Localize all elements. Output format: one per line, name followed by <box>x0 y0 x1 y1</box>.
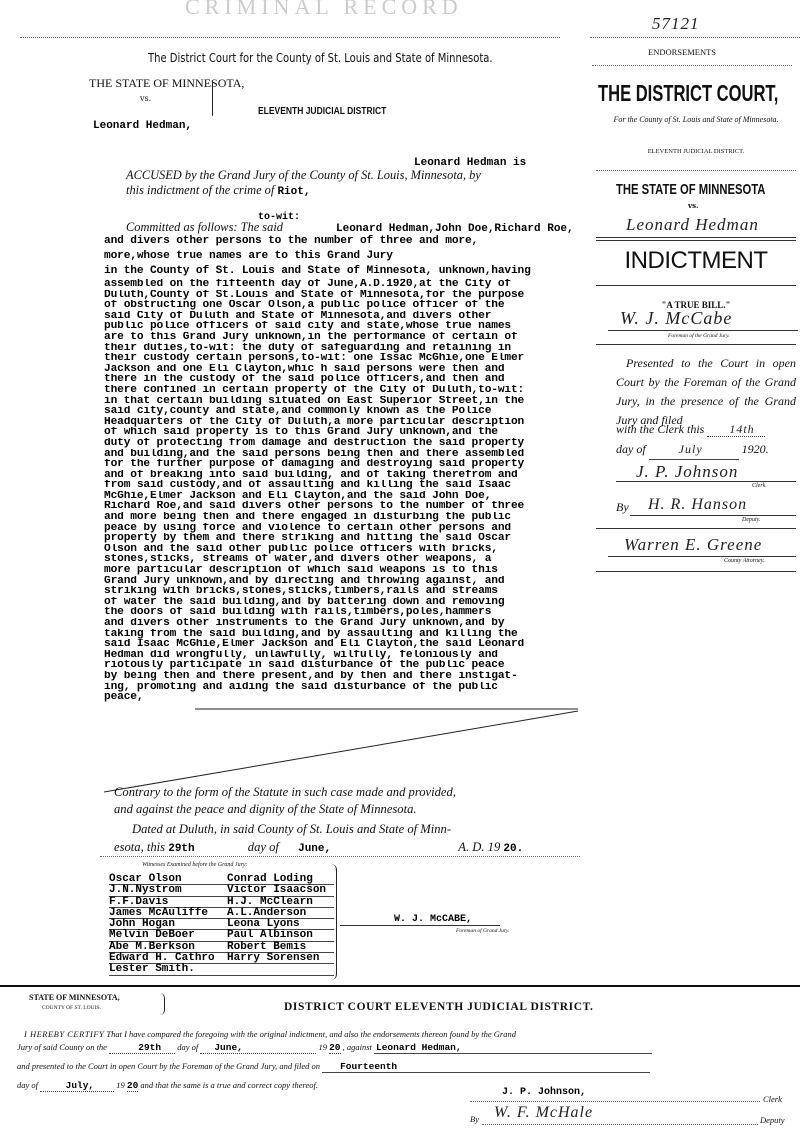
attorney-signature: Warren E. Greene <box>624 535 762 555</box>
district-court-title: THE DISTRICT COURT, <box>598 80 778 107</box>
endorse-state: THE STATE OF MINNESOTA <box>616 181 765 198</box>
cert-filed-day: Fourteenth <box>322 1061 650 1073</box>
faded-title: CRIMINAL RECORD <box>185 0 463 20</box>
body-line: public police officers of said city and … <box>104 321 584 332</box>
filed-year: 1920. <box>742 442 769 456</box>
day-of: day of <box>248 840 279 854</box>
cert-line-4: day of July, 19 20 and that the same is … <box>17 1080 318 1092</box>
body-line: and divers other instruments to the Gran… <box>104 618 584 629</box>
caption-bracket <box>212 80 213 116</box>
body-line: stones,sticks, streams of water,and dive… <box>104 554 584 565</box>
cert-title: DISTRICT COURT ELEVENTH JUDICIAL DISTRIC… <box>284 1001 594 1013</box>
witness-label: Witnesses Examined before the Grand Jury… <box>142 862 248 868</box>
witness-name: J.N.Nystrom <box>109 885 227 895</box>
endorse-defendant-signature: Leonard Hedman <box>626 215 759 235</box>
dated-day: 29th <box>168 843 194 855</box>
accused-text: by the Grand Jury of the County of St. L… <box>185 168 481 182</box>
witness-name: Edward H. Cathro <box>109 953 227 963</box>
cert-presented: and presented to the Court in open Court… <box>17 1061 320 1071</box>
crime-name: Riot, <box>277 186 310 198</box>
endorse-rule-3 <box>596 237 796 238</box>
foreman-signature: W. J. McCabe <box>620 308 732 329</box>
against-line: and against the peace and dignity of the… <box>114 802 417 817</box>
header-rule <box>20 37 560 38</box>
witness-name: Conrad Loding <box>227 874 313 884</box>
body-line: and of breaking into said building, and … <box>104 470 584 481</box>
witness-name: Robert Bemis <box>227 942 306 952</box>
endorse-rule-4 <box>596 285 796 286</box>
witness-name: Oscar Olson <box>109 874 227 884</box>
witness-name: James McAuliffe <box>109 908 227 918</box>
body-line: their duties,to-wit: the duty of safegua… <box>104 343 584 354</box>
witness-name: H.J. McClearn <box>227 897 313 907</box>
body-line: and building,and the said persons being … <box>104 449 584 460</box>
body-line: in the County of St. Louis and State of … <box>104 264 584 279</box>
deputy-rule <box>630 515 796 516</box>
filed-month-line: day of July 1920. <box>616 440 769 460</box>
body-line: property by them and there striking and … <box>104 533 584 544</box>
foreman-rule <box>340 925 500 926</box>
cert-deputy-signature: W. F. McHale <box>494 1104 593 1122</box>
accused-prefix: ACCUSED <box>126 168 182 182</box>
file-number-rule <box>590 37 800 38</box>
dated-year: 20. <box>503 843 523 855</box>
cert-true-copy: and that the same is a true and correct … <box>140 1080 318 1090</box>
endorse-rule-5 <box>608 330 798 331</box>
cert-filed-year-prefix: 19 <box>116 1080 125 1090</box>
district-label: ELEVENTH JUDICIAL DISTRICT <box>258 106 386 117</box>
body-line: striking with bricks,stones,sticks,timbe… <box>104 586 584 597</box>
body-line: and more being then and there engaged in… <box>104 512 584 523</box>
body-line: by being then and there present,and by t… <box>104 671 584 682</box>
vs-label: vs. <box>140 94 151 103</box>
body-line: assembled on the fifteenth day of June,A… <box>104 279 584 290</box>
attorney-top-rule <box>596 528 796 529</box>
witness-name: Abe M.Berkson <box>109 942 227 952</box>
body-line: of water the said building,and by batter… <box>104 597 584 608</box>
dated-rule <box>100 856 580 857</box>
clerk-signature: J. P. Johnson <box>636 462 738 482</box>
attorney-rule <box>608 556 796 557</box>
ad-label: A. D. 19 <box>458 840 500 854</box>
strike-line <box>100 705 580 795</box>
dated-line-2: esota, this 29th day of June, A. D. 19 2… <box>114 840 523 855</box>
presented-text: Presented to the Court in open Court by … <box>616 354 796 430</box>
by-label: By <box>616 498 629 517</box>
endorse-rule-1 <box>592 65 792 66</box>
endorse-district: ELEVENTH JUDICIAL DISTRICT. <box>596 148 796 155</box>
endorse-rule-2 <box>596 170 796 171</box>
endorse-county: For the County of St. Louis and State of… <box>596 114 796 125</box>
body-line: of which said property is to this Grand … <box>104 427 584 438</box>
body-line: McGhie,Elmer Jackson and Eli Clayton,and… <box>104 491 584 502</box>
cert-clerk-name: J. P. Johnson, <box>502 1087 586 1098</box>
dated-month: June, <box>298 843 331 855</box>
body-line: are to this Grand Jury unknown,in the pe… <box>104 332 584 343</box>
body-line: the doors of said building with rails,ti… <box>104 607 584 618</box>
witness-name: Lester Smith. <box>109 964 227 974</box>
clerk-endorse-label: Clerk. <box>752 483 767 489</box>
crime-line: this indictment of the crime of Riot, <box>126 183 310 198</box>
body-line: more particular description of which sai… <box>104 565 584 576</box>
body-line: peace by using force and violence to cer… <box>104 523 584 534</box>
cert-state: STATE OF MINNESOTA, <box>29 993 120 1002</box>
body-line: duty of protecting from damage and destr… <box>104 438 584 449</box>
section-divider <box>0 985 800 987</box>
body-line: from said custody,and of assaulting and … <box>104 480 584 491</box>
contrary-line: Contrary to the form of the Statute in s… <box>114 785 456 800</box>
endorse-rule-6 <box>596 344 796 345</box>
body-line: of obstructing one Oscar Olson,a public … <box>104 300 584 311</box>
cert-by: By <box>470 1114 479 1124</box>
cert-line-1: I HEREBY CERTIFY That I have compared th… <box>24 1029 516 1039</box>
witness-row: J.N.NystromVictor Isaacson <box>109 885 334 896</box>
witness-name: A.L.Anderson <box>227 908 306 918</box>
cert-line-2: Jury of said County on the 29th day of J… <box>17 1042 652 1054</box>
foreman-label: Foreman of Grand Jury. <box>456 928 510 934</box>
cert-county: COUNTY OF ST. LOUIS. <box>42 1005 101 1011</box>
foreman-endorse-label: Foreman of the Grand Jury. <box>668 333 730 339</box>
cert-lead: I HEREBY CERTIFY <box>24 1029 104 1039</box>
deputy-signature: H. R. Hanson <box>648 496 747 514</box>
dated-suffix: esota, this <box>114 840 165 854</box>
cert-year-prefix: 19 <box>318 1042 327 1052</box>
cert-defendant: Leonard Hedman, <box>374 1042 652 1054</box>
dated-line: Dated at Duluth, in said County of St. L… <box>132 822 451 837</box>
endorsements-label: ENDORSEMENTS <box>648 47 716 57</box>
body-line: and divers other persons to the number o… <box>104 234 584 249</box>
cert-clerk-rule <box>470 1101 760 1102</box>
clerk-rule <box>616 481 796 482</box>
cert-bracket <box>160 993 165 1015</box>
body-line: Hedman did wrongfully, unlawfully, wilfu… <box>104 650 584 661</box>
cert-clerk-label: Clerk <box>763 1094 782 1104</box>
witness-row: Lester Smith. <box>109 964 334 975</box>
body-line: Jackson and one Eli Clayton,whic h said … <box>104 364 584 375</box>
body-line: in that certain building situated on Eas… <box>104 396 584 407</box>
body-line: more,whose true names are to this Grand … <box>104 249 584 264</box>
cert-day: 29th <box>109 1042 175 1054</box>
witness-name: Paul Albinson <box>227 930 313 940</box>
indictment-body: and divers other persons to the number o… <box>104 280 584 703</box>
witness-name: Leona Lyons <box>227 919 300 929</box>
committed-label: Committed as follows: The said <box>126 220 283 235</box>
body-line: there confined in certain property of th… <box>104 385 584 396</box>
court-line: The District Court for the County of St.… <box>148 50 493 65</box>
cert-month: June, <box>200 1042 316 1054</box>
filed-month: July <box>649 440 739 460</box>
crime-prefix: this indictment of the crime of <box>126 183 274 197</box>
body-line: said City of Duluth and State of Minneso… <box>104 311 584 322</box>
body-line: their custody certain persons,to-wit: on… <box>104 353 584 364</box>
body-line: Olson and the said other public police o… <box>104 544 584 555</box>
cert-jury-prefix: Jury of said County on the <box>17 1042 107 1052</box>
endorse-vs: vs. <box>688 201 698 210</box>
cert-filed-year: 20 <box>127 1080 138 1092</box>
filed-day-of: day of <box>616 442 646 456</box>
indictment-title: INDICTMENT <box>598 247 794 275</box>
cert-deputy-rule <box>482 1124 758 1125</box>
accused-line: ACCUSED by the Grand Jury of the County … <box>126 168 481 183</box>
cert-against: , against <box>343 1042 372 1052</box>
body-line: ing, promoting and aiding the said distu… <box>104 682 584 693</box>
witness-name: Harry Sorensen <box>227 953 319 963</box>
cert-year: 20 <box>329 1042 340 1054</box>
witness-name: F.F.Davis <box>109 897 227 907</box>
attorney-label: County Attorney. <box>724 558 765 564</box>
witness-name: Victor Isaacson <box>227 885 326 895</box>
body-line: Richard Roe,and said divers other person… <box>104 501 584 512</box>
witness-name: John Hogan <box>109 919 227 929</box>
clerk-this: with the Clerk this <box>616 422 704 436</box>
body-line: said Isaac McGhie,Elmer Jackson and Eli … <box>104 639 584 650</box>
foreman-name: W. J. McCABE, <box>394 914 472 925</box>
body-line: there in the custody of the said police … <box>104 374 584 385</box>
body-line: for the further purpose of damaging and … <box>104 459 584 470</box>
witness-bracket <box>330 864 337 980</box>
defendant-name: Leonard Hedman, <box>93 120 192 132</box>
witness-name: Melvin DeBoer <box>109 930 227 940</box>
body-line: riotously participate in said disturbanc… <box>104 660 584 671</box>
body-line: taking from the said building,and by ass… <box>104 629 584 640</box>
state-label: THE STATE OF MINNESOTA, <box>89 76 244 91</box>
filed-day: 14th <box>707 422 764 437</box>
deputy-endorse-label: Deputy. <box>742 517 761 523</box>
body-line: Grand Jury unknown,and by directing and … <box>104 576 584 587</box>
file-number: 57121 <box>652 14 700 34</box>
body-line: Headquarters of the City of Duluth,a mor… <box>104 417 584 428</box>
cert-text: That I have compared the foregoing with … <box>106 1029 516 1039</box>
cert-filed-month: July, <box>40 1080 114 1092</box>
body-line: said city,county and state,and commonly … <box>104 406 584 417</box>
cert-day-of-2: day of <box>17 1080 38 1090</box>
cert-deputy-label: Deputy <box>760 1115 785 1125</box>
witness-list: Oscar OlsonConrad LodingJ.N.NystromVicto… <box>109 874 334 976</box>
body-line: peace, <box>104 692 584 703</box>
filed-line: with the Clerk this 14th <box>616 420 765 439</box>
cert-day-of: day of <box>177 1042 198 1052</box>
body-line: Duluth,County of St.Louis and State of M… <box>104 290 584 301</box>
endorse-rule-3b <box>596 240 796 241</box>
endorse-bottom-rule <box>596 571 796 572</box>
cert-line-3: and presented to the Court in open Court… <box>17 1061 650 1073</box>
